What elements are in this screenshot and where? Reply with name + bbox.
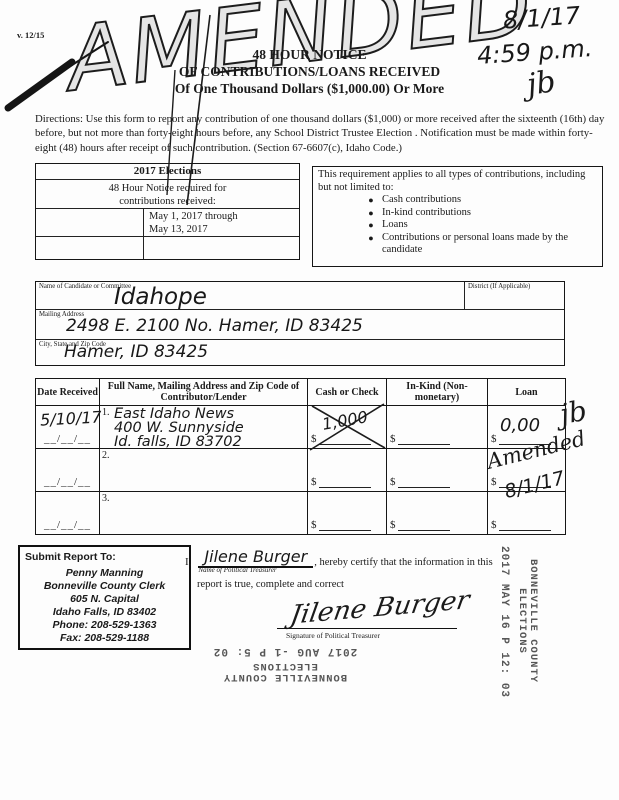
dollar-sign: $ [491, 433, 497, 445]
elections-empty-row [36, 237, 299, 259]
dollar-sign: $ [390, 519, 396, 531]
date-placeholder: __/__/__ [36, 519, 99, 531]
header-loan: Loan [488, 379, 566, 406]
requirements-box: This requirement applies to all types of… [312, 166, 603, 267]
dollar-sign: $ [491, 476, 497, 488]
requirement-item: ● Loans [360, 219, 597, 232]
bullet-icon: ● [360, 219, 382, 232]
contributor-value: East Idaho News 400 W. Sunnyside Id. fal… [114, 407, 244, 449]
stamp-elections-line: ELECTIONS [200, 660, 370, 671]
stamp-county-line: BONNEVILLE COUNTY [200, 671, 370, 682]
cash-cell: $ [308, 449, 387, 492]
dollar-sign: $ [311, 519, 317, 531]
elections-period-line2: May 13, 2017 [149, 223, 299, 236]
row-number: 1. [102, 407, 110, 418]
in-kind-cell: $ [387, 492, 488, 535]
elections-title: 2017 Elections [36, 164, 299, 180]
clerk-city: Idaho Falls, ID 83402 [25, 606, 184, 619]
date-cell: __/__/__ [36, 492, 100, 535]
candidate-info-table: Name of Candidate or Committee Idahope D… [35, 281, 565, 366]
elections-subtitle: 48 Hour Notice required for contribution… [36, 180, 299, 209]
contributor-cell: 2. [100, 449, 308, 492]
dollar-sign: $ [390, 476, 396, 488]
district-label: District (If Applicable) [468, 283, 530, 290]
elections-subtitle-line2: contributions received: [36, 195, 299, 208]
bullet-icon: ● [360, 232, 382, 257]
in-kind-cell: $ [387, 406, 488, 449]
contributor-cell: 1. East Idaho News 400 W. Sunnyside Id. … [100, 406, 308, 449]
row-number: 3. [102, 493, 110, 504]
stamp-date-line: 2017 AUG -1 P 5: 02 [200, 645, 370, 656]
scanned-form-page: v. 12/15 AMENDED 48 HOUR NOTICE OF CONTR… [0, 0, 619, 800]
header-contributor: Full Name, Mailing Address and Zip Code … [100, 379, 308, 406]
certification-block: I, Jilene Burger Name of Political Treas… [185, 547, 515, 590]
clerk-title: Bonneville County Clerk [25, 580, 184, 593]
signature-line [277, 628, 457, 629]
city-state-zip-row: City, State and Zip Code Hamer, ID 83425 [36, 340, 564, 365]
contribution-row-3: __/__/__ 3. $ $ $ [36, 492, 566, 535]
cash-cell: 1,000 $ [308, 406, 387, 449]
stamp-date-line: 2017 MAY 16 P 12: 03 [498, 546, 509, 696]
date-received-value: 5/10/17 [40, 407, 103, 429]
amount-line [319, 435, 371, 445]
date-cell: __/__/__ [36, 449, 100, 492]
received-stamp-aug: BONNEVILLE COUNTY ELECTIONS 2017 AUG -1 … [200, 645, 370, 682]
stamp-county-line: BONNEVILLE COUNTY [527, 546, 538, 696]
contributor-cell: 3. [100, 492, 308, 535]
dollar-sign: $ [491, 519, 497, 531]
submit-report-title: Submit Report To: [25, 551, 184, 563]
amount-line [319, 478, 371, 488]
dollar-sign: $ [311, 433, 317, 445]
amount-line [398, 435, 450, 445]
requirement-item: ● Cash contributions [360, 194, 597, 207]
directions-paragraph: Directions: Use this form to report any … [35, 112, 605, 155]
received-stamp-may: BONNEVILLE COUNTY ELECTIONS 2017 MAY 16 … [498, 546, 538, 696]
date-cell: 5/10/17 __/__/__ [36, 406, 100, 449]
clerk-fax: Fax: 208-529-1188 [25, 632, 184, 645]
city-state-zip-value: Hamer, ID 83425 [64, 342, 208, 362]
district-cell: District (If Applicable) [464, 282, 564, 309]
dollar-sign: $ [311, 476, 317, 488]
certification-text: , hereby certify that the information in… [314, 557, 492, 568]
requirements-intro: This requirement applies to all types of… [318, 169, 597, 194]
submit-report-address: Penny Manning Bonneville County Clerk 60… [25, 567, 184, 645]
submit-report-box: Submit Report To: Penny Manning Bonnevil… [18, 545, 191, 650]
treasurer-name-value: Jilene Burger [204, 547, 307, 566]
elections-box: 2017 Elections 48 Hour Notice required f… [35, 163, 300, 260]
margin-initials-handwriting: jb [557, 394, 589, 431]
clerk-phone: Phone: 208-529-1363 [25, 619, 184, 632]
mailing-address-value: 2498 E. 2100 No. Hamer, ID 83425 [66, 316, 363, 336]
signature-caption: Signature of Political Treasurer [286, 631, 380, 640]
elections-period-row: May 1, 2017 through May 13, 2017 [36, 209, 299, 237]
dollar-sign: $ [390, 433, 396, 445]
row-number: 2. [102, 450, 110, 461]
amount-line [499, 521, 551, 531]
requirement-item: ● Contributions or personal loans made b… [360, 232, 597, 257]
elections-period-line1: May 1, 2017 through [149, 210, 299, 223]
amount-line [398, 478, 450, 488]
header-in-kind: In-Kind (Non-monetary) [387, 379, 488, 406]
amount-line [398, 521, 450, 531]
elections-period: May 1, 2017 through May 13, 2017 [144, 209, 299, 236]
bullet-icon: ● [360, 194, 382, 207]
initials-handwriting: jb [525, 64, 558, 103]
treasurer-name-caption: Name of Political Treasurer [198, 566, 276, 574]
in-kind-cell: $ [387, 449, 488, 492]
treasurer-name-field: Jilene Burger Name of Political Treasure… [198, 547, 313, 568]
stamp-elections-line: ELECTIONS [516, 546, 527, 696]
cash-cell: $ [308, 492, 387, 535]
contributions-header-row: Date Received Full Name, Mailing Address… [36, 379, 566, 406]
date-placeholder: __/__/__ [36, 476, 99, 488]
mailing-address-row: Mailing Address 2498 E. 2100 No. Hamer, … [36, 310, 564, 340]
date-placeholder: __/__/__ [36, 433, 99, 445]
contribution-row-1: 5/10/17 __/__/__ 1. East Idaho News 400 … [36, 406, 566, 449]
amount-line [319, 521, 371, 531]
bullet-icon: ● [360, 207, 382, 220]
received-date-handwriting: 8/1/17 [502, 1, 581, 34]
clerk-street: 605 N. Capital [25, 593, 184, 606]
revision-label: v. 12/15 [17, 30, 44, 40]
header-date-received: Date Received [36, 379, 100, 406]
certification-prefix: I, [185, 556, 191, 568]
candidate-name-row: Name of Candidate or Committee Idahope D… [36, 282, 564, 310]
elections-subtitle-line1: 48 Hour Notice required for [36, 182, 299, 195]
requirement-item: ● In-kind contributions [360, 207, 597, 220]
candidate-name-value: Idahope [114, 284, 207, 310]
elections-empty-cell [36, 209, 144, 236]
treasurer-signature: Jilene Burger [288, 585, 472, 630]
clerk-name: Penny Manning [25, 567, 184, 580]
